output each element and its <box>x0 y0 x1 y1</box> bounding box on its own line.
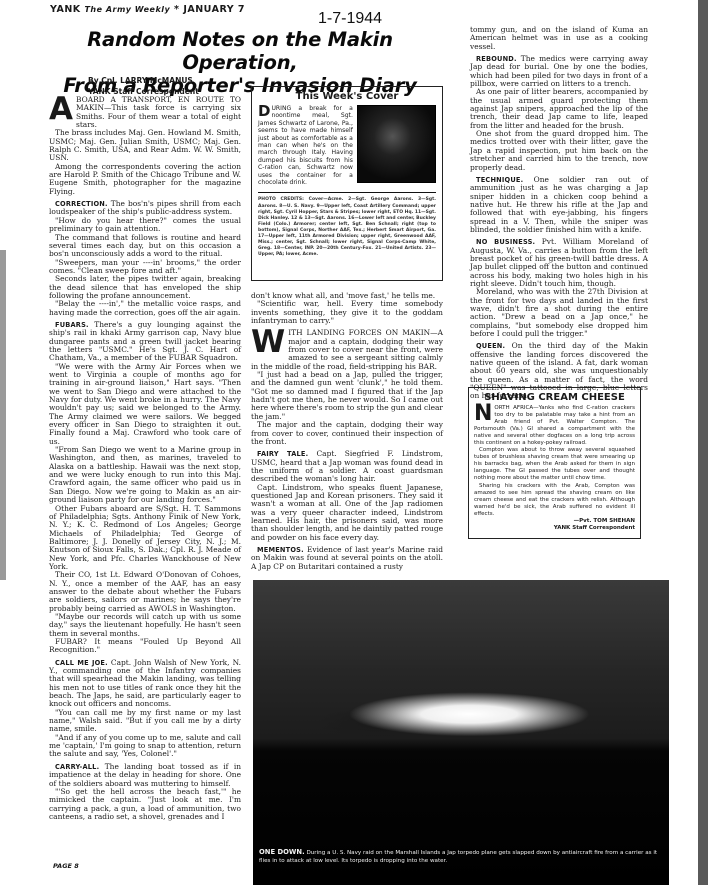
issue-date: JANUARY 7 <box>183 4 245 15</box>
sidebar-body: NORTH AFRICA—Yanks who find C-ration cra… <box>474 405 635 532</box>
paragraph: "Belay the ----in'," the metallic voice … <box>49 300 241 317</box>
cover-description: DURING a break for a noontime meal, Sgt.… <box>258 105 353 186</box>
paragraph: "And if any of you come up to me, salute… <box>49 734 241 759</box>
paragraph: As one pair of litter bearers, accompani… <box>470 88 648 130</box>
paragraph: "You can call me by my first name or my … <box>49 709 241 734</box>
section-technique: TECHNIQUE. One soldier ran out of ammuni… <box>470 176 648 234</box>
intro-paragraph: ABOARD A TRANSPORT, EN ROUTE TO MAKIN—Th… <box>49 96 241 129</box>
divider <box>258 192 436 193</box>
byline-author: By Cpl. LARRY McMANUS <box>88 76 193 85</box>
paragraph: Capt. Lindstrom, who speaks fluent Japan… <box>251 484 443 542</box>
section-no-business: NO BUSINESS. Pvt. William Moreland of Au… <box>470 238 648 288</box>
right-column: tommy gun, and on the island of Kuma an … <box>470 26 648 401</box>
shaving-cream-cheese-box: SHAVING CREAM CHEESE NORTH AFRICA—Yanks … <box>468 387 641 539</box>
paragraph: The command that follows is routine and … <box>49 234 241 259</box>
section-call-me-joe: CALL ME JOE. Capt. John Walsh of New Yor… <box>49 659 241 709</box>
section-fairy-tale: FAIRY TALE. Capt. Siegfried F. Lindstrom… <box>251 450 443 483</box>
paragraph: The major and the captain, dodging their… <box>251 421 443 446</box>
left-column: ABOARD A TRANSPORT, EN ROUTE TO MAKIN—Th… <box>49 96 241 821</box>
paragraph: "'So get the hell across the beach fast,… <box>49 788 241 821</box>
section-correction: CORRECTION. The bos'n's pipes shrill fro… <box>49 200 241 217</box>
paragraph: Seconds later, the pipes twitter again, … <box>49 275 241 300</box>
masthead: YANK The Army Weekly * JANUARY 7 <box>50 4 245 15</box>
scan-edge-right <box>698 0 708 885</box>
middle-column: don't know what all, and 'move fast,' he… <box>251 292 443 571</box>
scan-edge-left <box>0 250 6 580</box>
this-weeks-cover-box: This Week's Cover DURING a break for a n… <box>251 86 443 281</box>
paragraph: FUBAR? It means "Fouled Up Beyond All Re… <box>49 638 241 655</box>
section-carry-all: CARRY-ALL. The landing boat tossed as if… <box>49 763 241 788</box>
publication-tagline: The Army Weekly <box>84 5 170 14</box>
caption-text: During a U. S. Navy raid on the Marshall… <box>259 850 657 864</box>
headline-line-1: Random Notes on the Makin Operation, <box>40 28 440 74</box>
caption-kicker: ONE DOWN. <box>259 848 305 856</box>
paragraph: "From San Diego we went to a Marine grou… <box>49 446 241 504</box>
paragraph: Sharing his crackers with the Arab, Comp… <box>474 483 635 518</box>
paragraph: NORTH AFRICA—Yanks who find C-ration cra… <box>474 405 635 447</box>
section-landing-forces: WITH LANDING FORCES ON MAKIN—A major and… <box>251 329 443 371</box>
paragraph: Their CO, 1st Lt. Edward O'Donovan of Co… <box>49 571 241 613</box>
cover-box-title: This Week's Cover <box>258 91 436 102</box>
torpedo-plane-photo <box>253 580 669 885</box>
paragraph: Moreland, who was with the 27th Division… <box>470 288 648 338</box>
paragraph: "Sweepers, man your ----in' brooms," the… <box>49 259 241 276</box>
paragraph: "We were with the Army Air Forces when w… <box>49 363 241 446</box>
drop-cap: A <box>49 97 73 122</box>
paragraph: "Scientific war, hell. Every time somebo… <box>251 300 443 325</box>
drop-cap: W <box>251 330 285 355</box>
photo-caption: ONE DOWN. During a U. S. Navy raid on th… <box>253 846 669 868</box>
paragraph: "I just had a bead on a Jap, pulled the … <box>251 371 443 421</box>
sidebar-title: SHAVING CREAM CHEESE <box>474 392 635 403</box>
paragraph: tommy gun, and on the island of Kuma an … <box>470 26 648 51</box>
cover-photo-thumbnail <box>357 105 436 183</box>
paragraph: "How do you hear there?" comes the usual… <box>49 217 241 234</box>
drop-cap: N <box>474 405 492 423</box>
paragraph: "Maybe our records will catch up with us… <box>49 613 241 638</box>
publication-name: YANK <box>50 4 81 15</box>
page-number: PAGE 8 <box>53 862 79 870</box>
sidebar-signature: —Pvt. TOM SHEHAN <box>474 518 635 525</box>
paragraph: Other Fubars aboard are S/Sgt. H. T. Sam… <box>49 505 241 572</box>
drop-cap: D <box>258 105 270 117</box>
paragraph: Among the correspondents covering the ac… <box>49 163 241 196</box>
handwritten-date-stamp: 1-7-1944 <box>318 10 382 28</box>
sidebar-signature-title: YANK Staff Correspondent <box>474 525 635 532</box>
paragraph: Compton was about to throw away several … <box>474 447 635 482</box>
section-rebound: REBOUND. The medics were carrying away J… <box>470 55 648 88</box>
section-fubars: FUBARS. There's a guy lounging against t… <box>49 321 241 363</box>
masthead-separator: * <box>174 4 179 15</box>
paragraph: One shot from the guard dropped him. The… <box>470 130 648 172</box>
section-mementos: MEMENTOS. Evidence of last year's Marine… <box>251 546 443 571</box>
photo-credits: PHOTO CREDITS: Cover—Acme. 2—Sgt. George… <box>258 197 436 258</box>
paragraph: The brass includes Maj. Gen. Howland M. … <box>49 129 241 162</box>
